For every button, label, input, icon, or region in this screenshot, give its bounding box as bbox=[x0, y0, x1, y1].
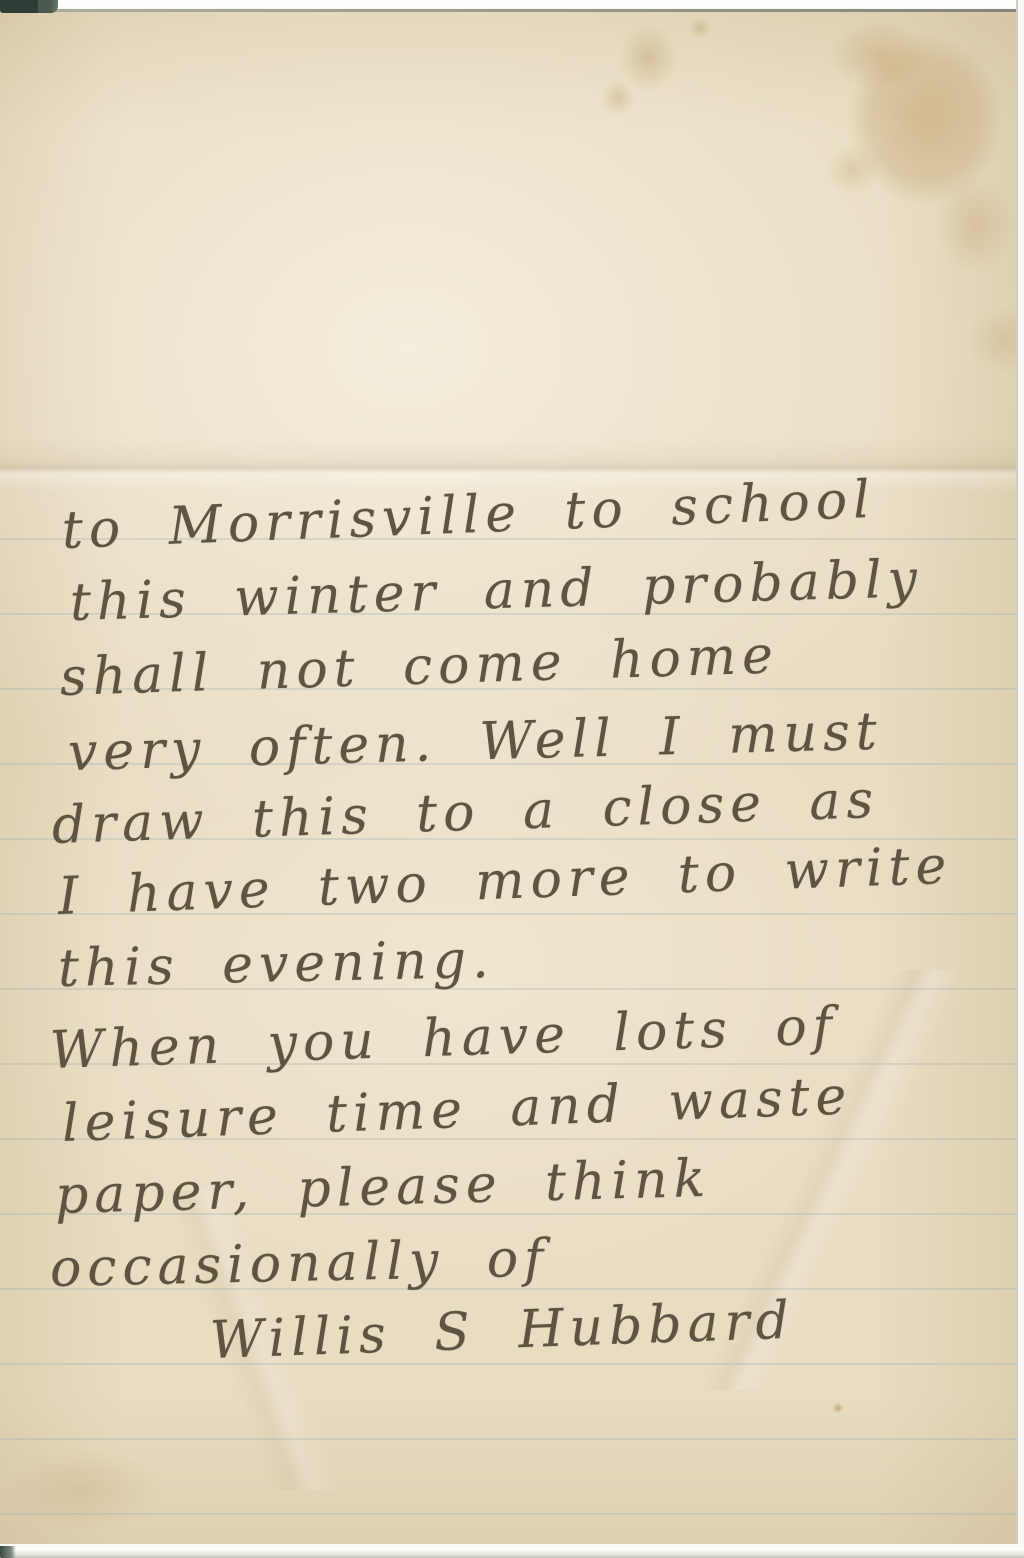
paper-top-edge bbox=[0, 9, 1024, 12]
handwriting-line-7: this evening. bbox=[57, 934, 495, 995]
paper-sheet: to Morrisville to school this winter and… bbox=[0, 10, 1018, 1546]
clip-corner-bottom-left bbox=[0, 1546, 16, 1558]
scanned-letter-page: to Morrisville to school this winter and… bbox=[0, 0, 1024, 1558]
handwriting-line-11: occasionally of bbox=[49, 1233, 549, 1295]
scanner-background-right bbox=[1016, 0, 1024, 1558]
binder-clip bbox=[0, 0, 58, 13]
scanner-background-bottom bbox=[0, 1544, 1024, 1558]
